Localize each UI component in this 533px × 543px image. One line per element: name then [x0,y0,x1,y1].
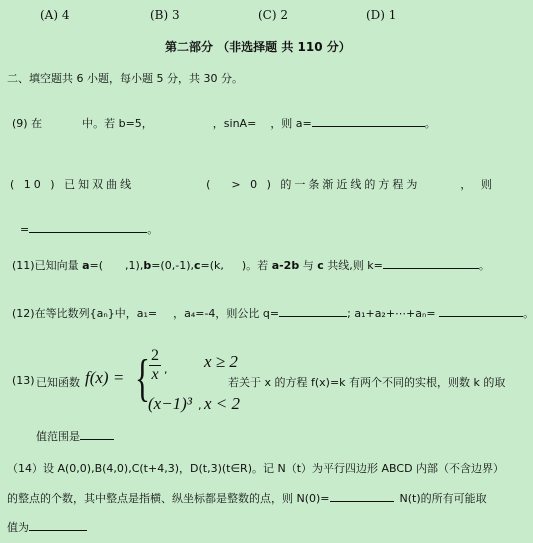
q12-text: ; a₁+a₂+⋯+aₙ= [347,307,436,320]
q9-text: ，则 a= [270,117,311,130]
q12-text: 在等比数列{aₙ}中，a₁= [35,307,158,320]
q14-values-blank[interactable] [29,520,87,531]
q10-text: > 0 ) [231,178,274,191]
q9-answer-blank[interactable] [312,116,425,127]
question-10-line2: =。 [20,221,158,237]
q13-number: (13) [12,374,35,387]
q11-text: ,1), [125,259,143,272]
question-14-line3: 值为 [7,519,87,535]
choice-d: (D) 1 [366,8,396,22]
q14-text: 的整点的个数，其中整点是指横、纵坐标都是整数的点，则 N(0)= [7,492,330,505]
q12-number: (12) [12,307,35,320]
q10-text: ( [206,178,213,191]
q11-text: 共线,则 k= [327,259,383,272]
q9-text: 在 [31,117,42,130]
fraction-denominator: x [149,366,161,384]
q13-text: 已知函数 [36,374,80,390]
q12-sum-blank[interactable] [439,306,523,317]
q14-n0-blank[interactable] [330,491,394,502]
q9-text: 中。若 b=5， [82,117,153,130]
q9-text: ，sinA= [213,117,257,130]
q14-text: 值为 [7,521,29,534]
q13-condition-2: x < 2 [204,394,240,414]
q12-text: ，a₄=-4，则公比 q= [173,307,279,320]
q10-number: ( 10 ) [10,178,58,191]
q13-case-2: (x−1)³ [148,394,192,414]
q11-text: 。 [479,259,490,272]
q11-text: =(k, [201,259,224,272]
q13-text: 若关于 x 的方程 f(x)=k 有两个不同的实根，则数 k 的取 [228,374,505,390]
choice-b: (B) 3 [150,8,180,22]
q11-text: )。若 [242,259,268,272]
vector-c: c [317,259,324,272]
q11-answer-blank[interactable] [383,258,479,269]
q12-ratio-blank[interactable] [279,306,347,317]
question-14-line2: 的整点的个数，其中整点是指横、纵坐标都是整数的点，则 N(0)=N(t)的所有可… [7,490,487,506]
question-13-line2: 值范围是 [36,428,114,444]
q11-text: =(0,-1), [151,259,194,272]
question-14-line1: （14）设 A(0,0),B(4,0),C(t+4,3)，D(t,3)(t∈R)… [7,460,504,476]
q9-number: (9) [12,117,28,130]
question-10: ( 10 ) 已知双曲线(> 0 ) 的一条渐近线的方程为， 则 [10,176,495,192]
vector-expr: a-2b [272,259,300,272]
vector-a: a [82,259,89,272]
q10-text: = [20,223,29,236]
question-11: (11)已知向量 a=(,1),b=(0,-1),c=(k,)。若 a-2b 与… [12,257,490,273]
section-intro: 二、填空题共 6 小题，每小题 5 分，共 30 分。 [7,70,243,86]
q13-text: 值范围是 [36,430,80,443]
choice-c: (C) 2 [258,8,288,22]
q10-text: 。 [147,223,158,236]
q13-answer-blank[interactable] [80,429,114,440]
choice-a: (A) 4 [40,8,69,22]
q11-text: =( [90,259,104,272]
q10-text: ， 则 [460,178,495,191]
q13-function: f(x) = [85,368,124,388]
q11-text: 已知向量 [35,259,79,272]
q11-text: 与 [303,259,314,272]
question-9: (9) 在中。若 b=5，，sinA=，则 a=。 [12,115,436,131]
q11-number: (11) [12,259,35,272]
q10-text: 已知双曲线 [64,178,134,191]
fraction-numerator: 2 [149,347,161,366]
q10-text: 的一条渐近线的方程为 [280,178,420,191]
q13-fraction: 2 x [149,347,161,384]
question-12: (12)在等比数列{aₙ}中，a₁=，a₄=-4，则公比 q=; a₁+a₂+⋯… [12,305,533,321]
section-title: 第二部分 （非选择题 共 110 分） [165,38,351,55]
q10-answer-blank[interactable] [29,222,147,233]
q13-condition-1: x ≥ 2 [204,352,238,372]
q9-text: 。 [425,117,436,130]
q13-separator: , [164,363,168,376]
q13-separator: , [198,399,202,412]
q12-text: 。 [523,307,533,320]
q14-text: N(t)的所有可能取 [400,492,487,505]
